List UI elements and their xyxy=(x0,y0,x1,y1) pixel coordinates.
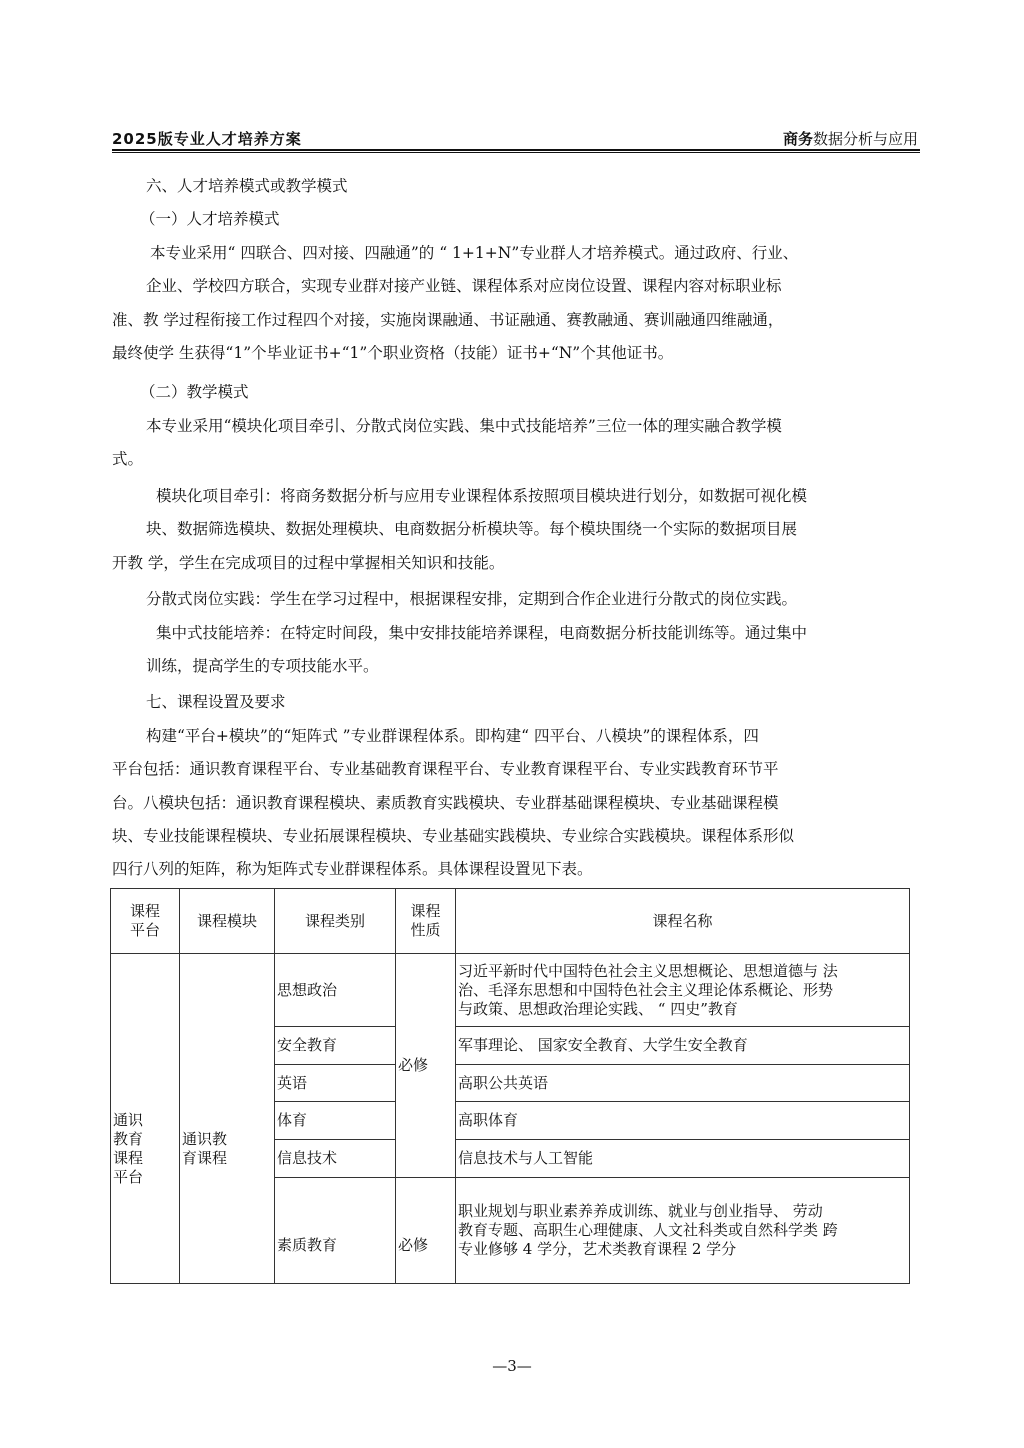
modular-project-paragraph: 模块化项目牵引：将商务数据分析与应用专业课程体系按照项目模块进行划分，如数据可视… xyxy=(112,480,807,580)
course-name-cell: 习近平新时代中国特色社会主义思想概论、思想道德与 法治、毛泽东思想和中国特色社会… xyxy=(456,954,910,1027)
header-nature: 课程性质 xyxy=(396,889,456,954)
course-name-cell: 高职公共英语 xyxy=(456,1065,910,1102)
header-category: 课程类别 xyxy=(275,889,396,954)
header-rule xyxy=(112,149,920,151)
subsection-2-heading: （二）教学模式 xyxy=(140,376,249,409)
major-name: 商务数据分析与应用 xyxy=(783,128,918,149)
course-name-cell: 信息技术与人工智能 xyxy=(456,1140,910,1178)
table-header-row: 课程平台 课程模块 课程类别 课程性质 课程名称 xyxy=(111,889,910,954)
module-cell: 通识教育课程 xyxy=(180,954,275,1284)
header-module: 课程模块 xyxy=(180,889,275,954)
header-platform: 课程平台 xyxy=(111,889,180,954)
header-rule-thin xyxy=(112,152,920,153)
nature-cell: 必修 xyxy=(396,1178,456,1284)
dispersed-practice-paragraph: 分散式岗位实践：学生在学习过程中，根据课程安排，定期到合作企业进行分散式的岗位实… xyxy=(146,583,797,616)
page-header: 2025版专业人才培养方案 商务数据分析与应用 xyxy=(112,128,918,150)
category-cell: 信息技术 xyxy=(275,1140,396,1178)
platform-cell: 通识教育课程平台 xyxy=(111,954,180,1284)
teaching-mode-paragraph: 本专业采用“模块化项目牵引、分散式岗位实践、集中式技能培养”三位一体的理实融合教… xyxy=(112,410,782,477)
course-name-cell: 高职体育 xyxy=(456,1102,910,1140)
course-table: 课程平台 课程模块 课程类别 课程性质 课程名称 通识教育课程平台 通识教育课程… xyxy=(110,888,910,1284)
page-number: —3— xyxy=(0,1357,1024,1375)
section-6-heading: 六、人才培养模式或教学模式 xyxy=(146,170,348,203)
document-title: 2025版专业人才培养方案 xyxy=(112,128,302,149)
talent-mode-paragraph: 本专业采用“ 四联合、四对接、四融通”的 “ 1+1+N”专业群人才培养模式。通… xyxy=(112,237,798,370)
section-7-heading: 七、课程设置及要求 xyxy=(146,686,286,719)
nature-cell: 必修 xyxy=(396,954,456,1178)
course-name-cell: 军事理论、 国家安全教育、大学生安全教育 xyxy=(456,1027,910,1065)
category-cell: 思想政治 xyxy=(275,954,396,1027)
curriculum-paragraph: 构建“平台+模块”的“矩阵式 ”专业群课程体系。即构建“ 四平台、八模块”的课程… xyxy=(112,720,794,886)
category-cell: 英语 xyxy=(275,1065,396,1102)
course-name-cell: 职业规划与职业素养养成训练、就业与创业指导、 劳动教育专题、高职生心理健康、人文… xyxy=(456,1178,910,1284)
subsection-1-heading: （一）人才培养模式 xyxy=(140,203,280,236)
category-cell: 素质教育 xyxy=(275,1178,396,1284)
category-cell: 体育 xyxy=(275,1102,396,1140)
table-row: 通识教育课程平台 通识教育课程 思想政治 必修 习近平新时代中国特色社会主义思想… xyxy=(111,954,910,1027)
category-cell: 安全教育 xyxy=(275,1027,396,1065)
header-course-name: 课程名称 xyxy=(456,889,910,954)
centralized-skill-paragraph: 集中式技能培养：在特定时间段，集中安排技能培养课程，电商数据分析技能训练等。通过… xyxy=(112,617,807,684)
